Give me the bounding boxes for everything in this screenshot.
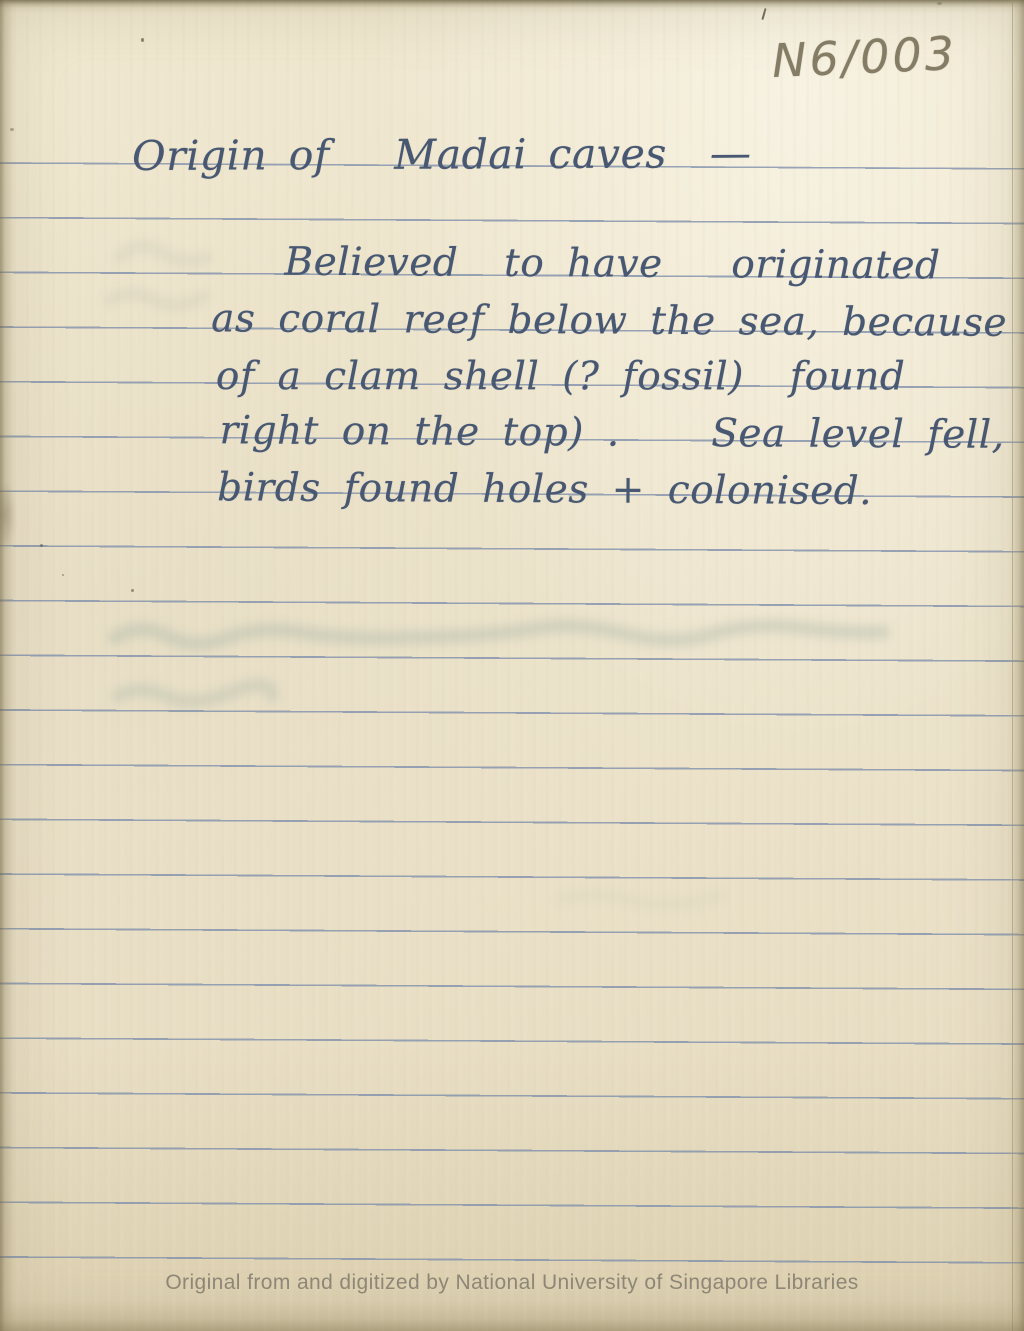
- scan-edge-left: [0, 0, 14, 1331]
- scan-edge-bottom: [0, 1301, 1024, 1331]
- scan-edge-top: [0, 0, 1024, 14]
- paper-speck: [40, 544, 43, 547]
- handwritten-line: birds found holes + colonised.: [217, 465, 872, 514]
- paper-speck: [131, 589, 134, 592]
- scan-edge-right: [1006, 0, 1024, 1331]
- handwritten-line: Believed to have originated: [284, 240, 940, 289]
- digitization-credit: Original from and digitized by National …: [0, 1271, 1024, 1295]
- scanned-notebook-page: Origin of Madai caves — Believed to have…: [0, 0, 1024, 1331]
- handwritten-line: as coral reef below the sea, because: [211, 296, 1007, 346]
- reference-number: N6/003: [771, 26, 958, 88]
- handwritten-line: of a clam shell (? fossil) found: [216, 354, 906, 399]
- paper-speck: [141, 38, 144, 42]
- handwriting-layer: Origin of Madai caves — Believed to have…: [0, 0, 1024, 1331]
- handwritten-line: right on the top) . Sea level fell,: [219, 408, 1004, 458]
- paper-speck: [62, 574, 64, 576]
- handwritten-title: Origin of Madai caves —: [132, 129, 752, 180]
